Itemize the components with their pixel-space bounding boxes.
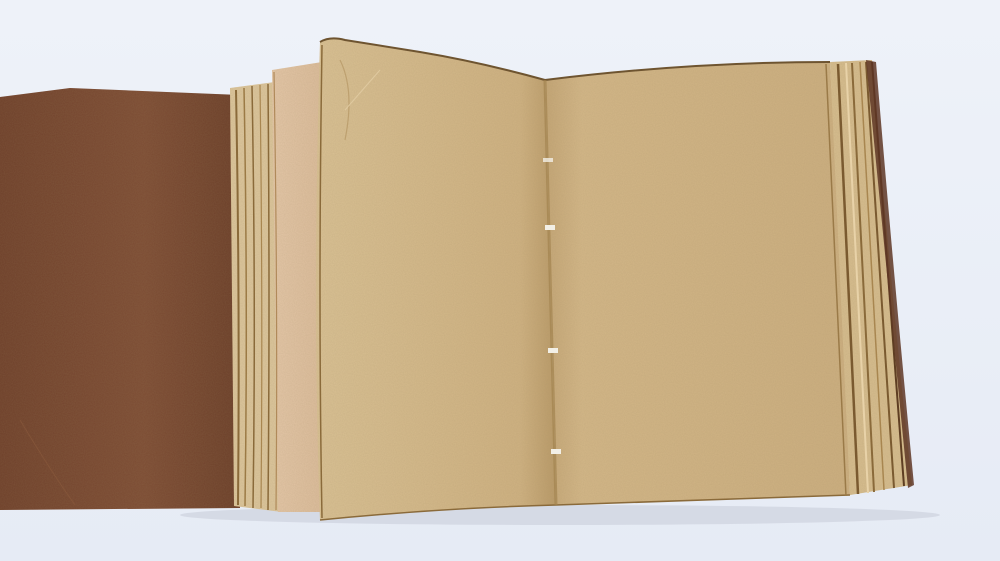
stitch-0: [543, 158, 553, 162]
stitch-1: [545, 225, 555, 230]
stitch-2: [548, 348, 558, 353]
stitch-3: [551, 449, 561, 454]
journal-illustration: [0, 0, 1000, 561]
photo-scene: [0, 0, 1000, 561]
left-page-blank: [316, 38, 556, 520]
page-stack-left: [230, 62, 322, 512]
leather-cover-flap: [0, 88, 240, 510]
right-page-blank: [545, 62, 850, 505]
